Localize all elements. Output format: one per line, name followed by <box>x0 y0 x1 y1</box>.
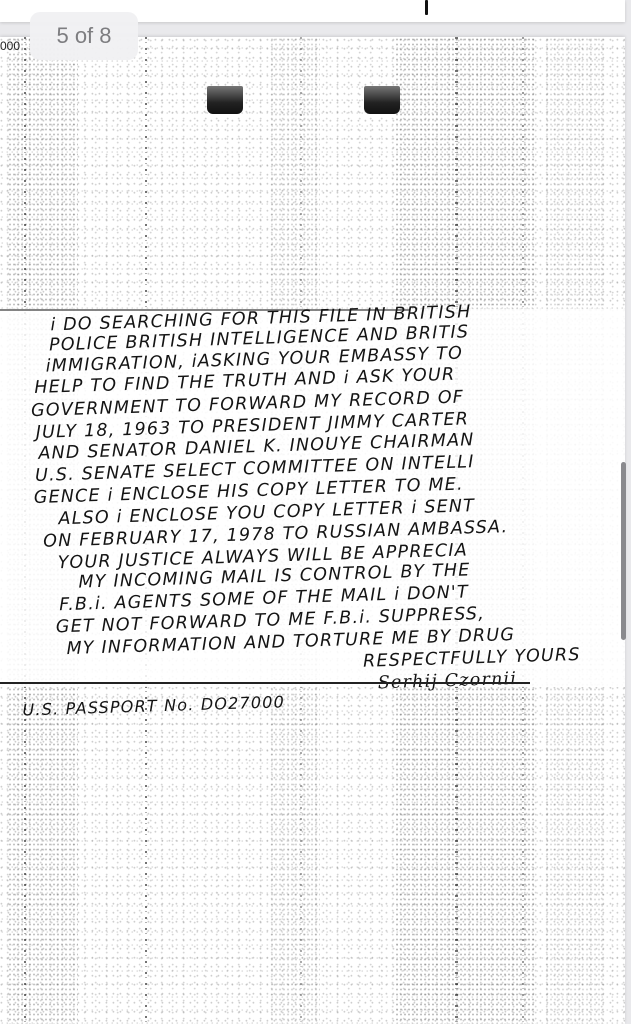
page-indicator-label: 5 of 8 <box>56 23 111 49</box>
scan-mark <box>425 0 428 15</box>
scrollbar-thumb[interactable] <box>621 462 626 640</box>
divider-line <box>0 682 530 684</box>
punch-hole-mark <box>207 86 243 114</box>
page-indicator: 5 of 8 <box>30 12 138 60</box>
document-page[interactable]: i DO SEARCHING FOR THIS FILE IN BRITISH … <box>0 37 625 1024</box>
pdf-viewer[interactable]: i DO SEARCHING FOR THIS FILE IN BRITISH … <box>0 0 631 1024</box>
left-edge-text-fragment: 000 <box>0 39 20 53</box>
punch-hole-mark <box>364 86 400 114</box>
